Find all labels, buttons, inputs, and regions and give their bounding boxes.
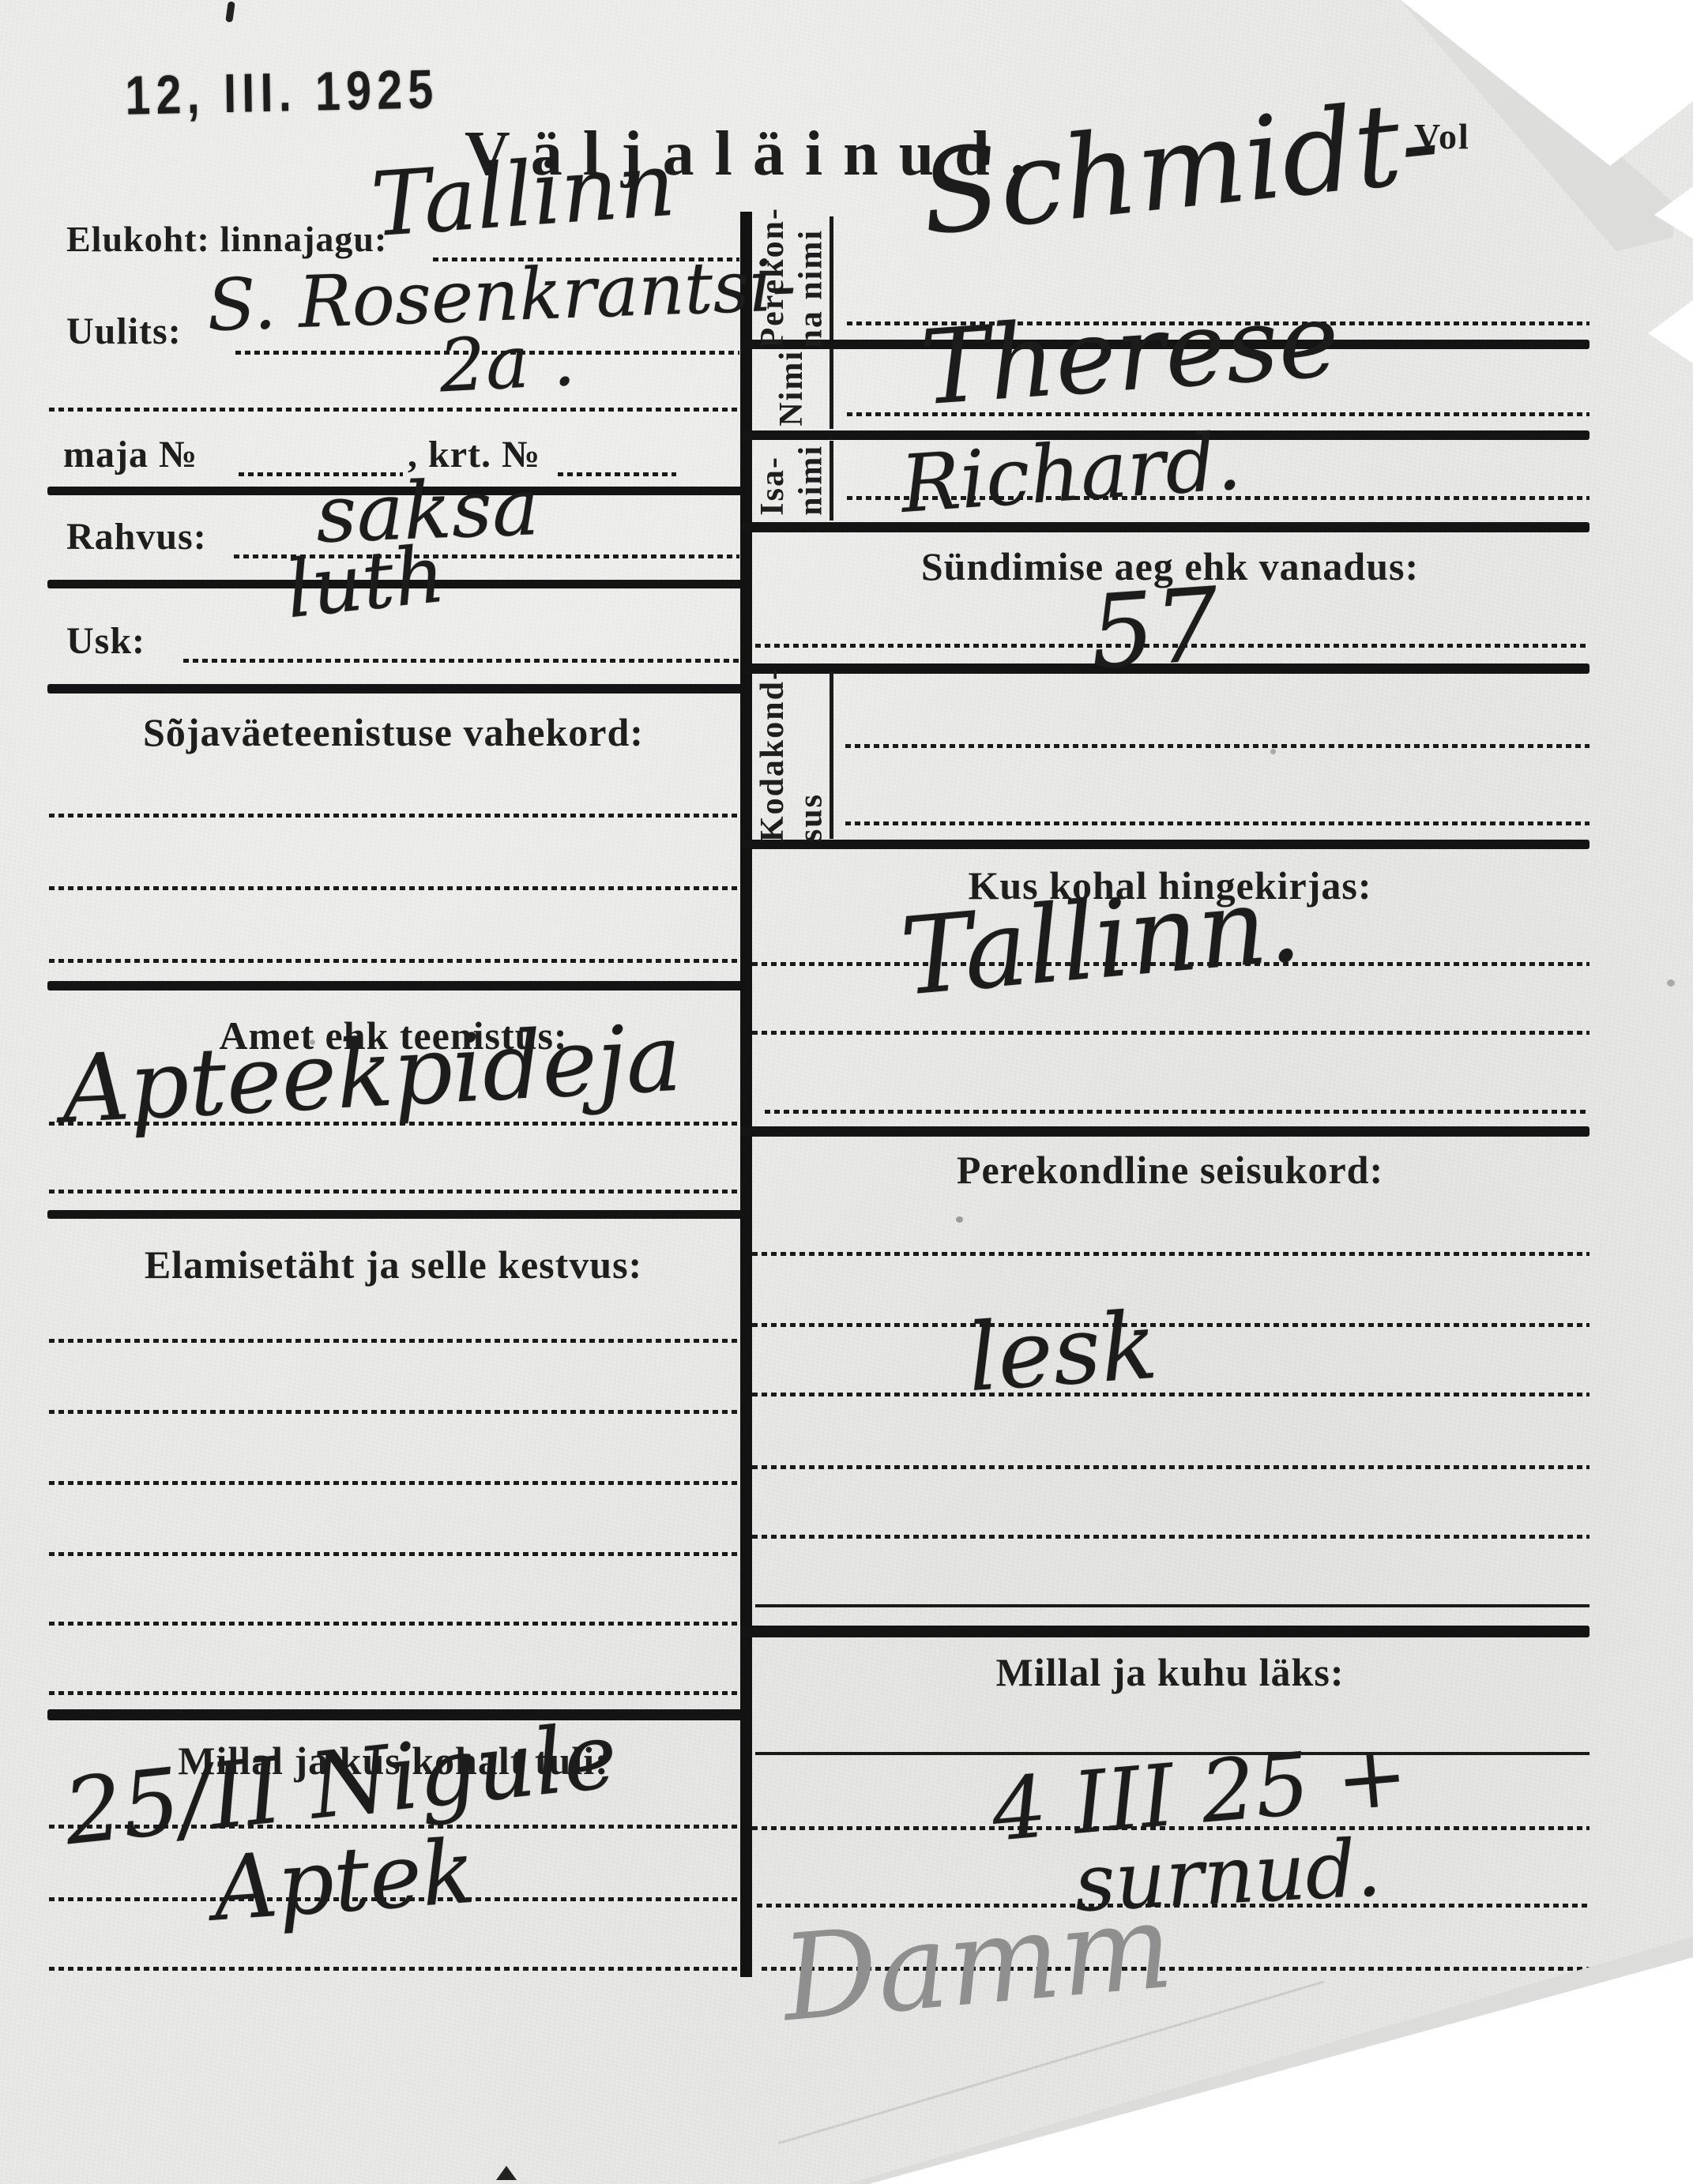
sundimise-handwriting: 57 — [1086, 566, 1223, 693]
ink-mark — [225, 2, 235, 23]
isanimi-label-cell: Isa-nimi — [752, 439, 831, 521]
blank-line — [49, 1967, 739, 1971]
krt-line — [558, 472, 676, 476]
kodakondsus-line-1 — [845, 744, 1590, 748]
usk-label: Usk: — [66, 619, 145, 663]
scanned-registration-card: 12, III. 1925 Väljaläinud. Vol Elukoht: … — [0, 0, 1693, 2184]
isanimi-label-line2: nimi — [792, 445, 830, 516]
elukoht-label: Elukoht: linnajagu: — [66, 218, 387, 260]
rule-thick — [47, 684, 743, 694]
blank-line — [752, 1252, 1590, 1256]
column-divider — [740, 212, 752, 1977]
blank-line — [49, 1190, 739, 1193]
rule-thick — [741, 1626, 1590, 1637]
nimi-label: Nimi — [773, 350, 811, 427]
usk-line — [183, 659, 739, 663]
ink-mark — [496, 2166, 517, 2180]
blank-line — [752, 1465, 1590, 1469]
blank-line — [49, 1552, 739, 1556]
maja-label: maja № — [63, 433, 198, 476]
blank-line — [49, 1691, 739, 1695]
blank-line — [49, 1622, 739, 1626]
corner-note: Vol — [1414, 115, 1470, 157]
blank-line — [49, 886, 739, 890]
rule-thick — [741, 522, 1590, 532]
hingekirjas-line-2 — [752, 1031, 1590, 1035]
blank-line — [752, 1323, 1590, 1327]
blank-line — [752, 1393, 1590, 1396]
rule-thick — [741, 840, 1590, 849]
nimi-label-cell: Nimi — [752, 348, 831, 429]
sojavae-heading: Sõjaväeteenistuse vahekord: — [47, 709, 739, 755]
tuli-handwriting-2: Aptek — [210, 1821, 479, 1942]
hingekirjas-line-3 — [765, 1110, 1590, 1114]
rule-thin — [755, 1604, 1590, 1607]
kodakondsus-line-2 — [845, 821, 1590, 825]
elukoht-handwriting: Tallinn — [368, 133, 679, 257]
isanimi-label-line1: Isa- — [754, 445, 792, 516]
rule-thick — [741, 1126, 1590, 1137]
blank-line — [49, 959, 739, 963]
laks-heading: Millal ja kuhu läks: — [751, 1649, 1590, 1695]
date-stamp: 12, III. 1925 — [125, 58, 439, 128]
seisukord-heading: Perekondline seisukord: — [751, 1147, 1590, 1193]
uulits-line-2 — [49, 408, 739, 412]
usk-handwriting: luth — [281, 528, 449, 636]
rule-thick — [47, 1709, 743, 1720]
kodakondsus-label-cell: Kodakond-sus — [752, 670, 831, 840]
paper-speck — [1270, 749, 1276, 754]
blank-line — [49, 1481, 739, 1485]
blank-line — [49, 1339, 739, 1343]
perekonnanimi-handwriting: Schmidt- — [915, 74, 1446, 261]
uulits-handwriting-2: 2a . — [437, 318, 577, 409]
blank-line — [49, 1410, 739, 1414]
elamisetaht-heading: Elamisetäht ja selle kestvus: — [47, 1242, 739, 1287]
rule-thick — [47, 981, 743, 991]
paper-speck — [956, 1216, 963, 1223]
rule-thick — [47, 1210, 743, 1219]
kodakondsus-label-line2: sus — [792, 667, 830, 842]
rahvus-label: Rahvus: — [66, 515, 207, 558]
uulits-label: Uulits: — [66, 310, 182, 353]
nimi-handwriting: Therese — [916, 280, 1342, 429]
seisukord-handwriting: lesk — [964, 1291, 1161, 1412]
blank-line — [752, 1535, 1590, 1539]
kodakondsus-label-line1: Kodakond- — [754, 667, 792, 842]
paper-speck — [1667, 979, 1675, 987]
blank-line — [49, 814, 739, 818]
